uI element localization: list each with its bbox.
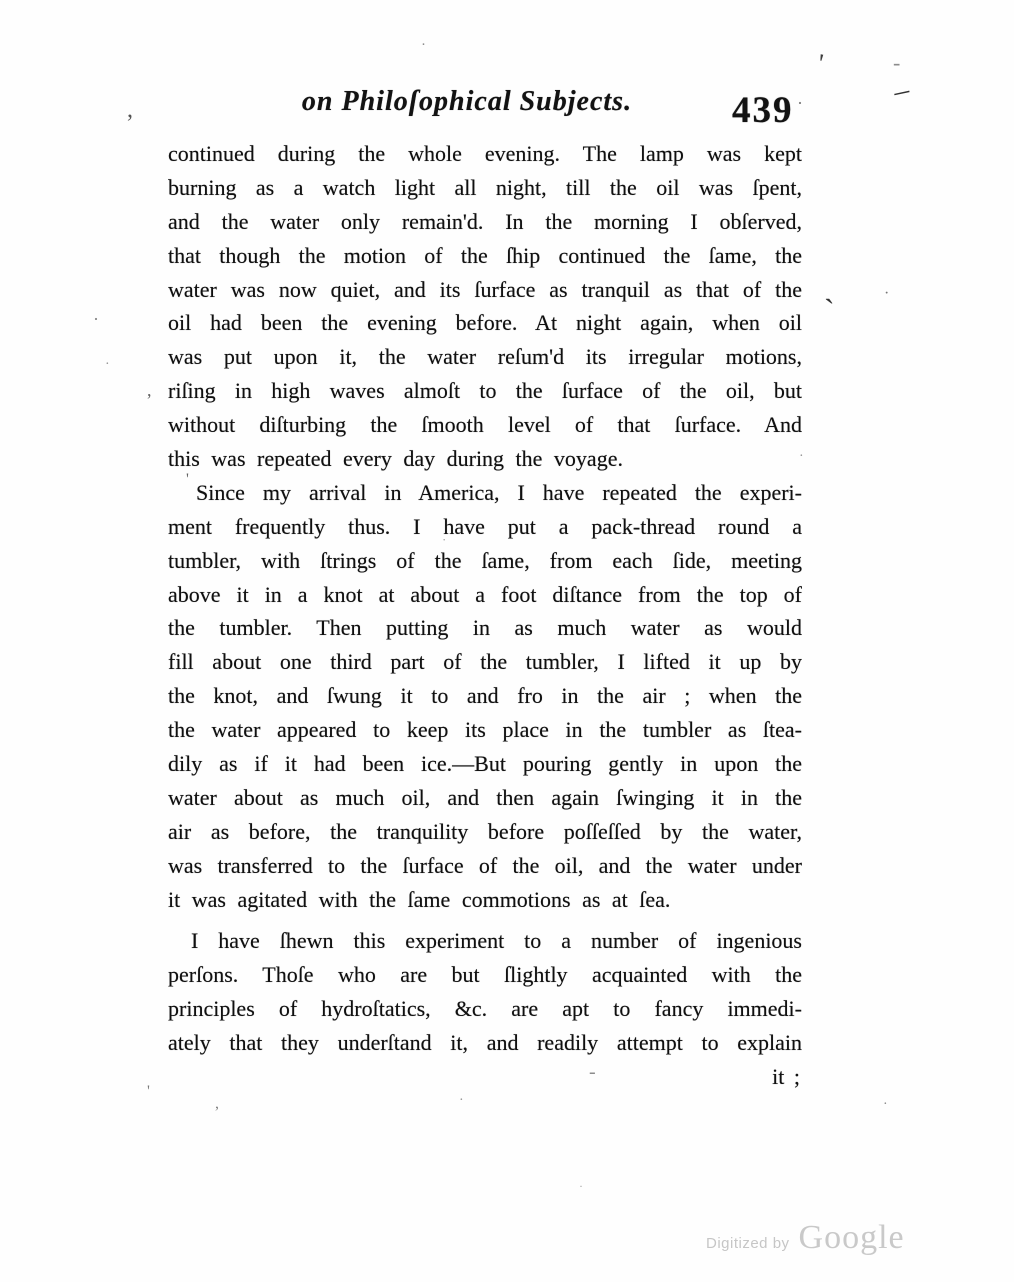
scan-artifact: ·	[884, 286, 889, 302]
text-line: this was repeated every day during the v…	[168, 442, 802, 476]
scan-artifact: '	[816, 50, 825, 77]
text-line: dily as if it had been ice.—But pouring …	[168, 747, 802, 781]
text-line: fill about one third part of the tumbler…	[168, 645, 802, 679]
text-line: oil had been the evening before. At nigh…	[168, 306, 802, 340]
page-title: on Philoſophical Subjects.	[150, 86, 784, 118]
google-logo: Google	[799, 1219, 905, 1257]
scan-artifact: ·	[421, 38, 426, 53]
scan-artifact: ,	[147, 381, 152, 399]
text-line: and the water only remain'd. In the morn…	[168, 205, 802, 239]
page-number: 439	[732, 92, 794, 129]
scan-artifact: -	[893, 52, 900, 74]
scan-artifact: ·	[579, 1180, 583, 1192]
text-line: without diſturbing the ſmooth level of t…	[168, 408, 802, 442]
text-line: was transferred to the ſurface of the oi…	[168, 849, 802, 883]
text-line: Since my arrival in America, I have repe…	[168, 476, 802, 510]
text-line: the tumbler. Then putting in as much wat…	[168, 611, 802, 645]
text-line: burning as a watch light all night, till…	[168, 171, 802, 205]
text-line: the knot, and ſwung it to and fro in the…	[168, 679, 802, 713]
text-line: it was agitated with the ſame commotions…	[168, 883, 802, 917]
catchword: it ;	[168, 1060, 802, 1094]
running-header: on Philoſophical Subjects. 439	[168, 86, 802, 126]
scan-artifact: ,	[215, 1096, 219, 1112]
google-watermark: Digitized by Google	[706, 1219, 905, 1257]
digitized-by-label: Digitized by	[706, 1235, 790, 1252]
scan-artifact: –	[891, 75, 912, 107]
text-line: tumbler, with ſtrings of the ſame, from …	[168, 544, 802, 578]
scan-artifact: ·	[105, 358, 110, 372]
scan-artifact: ·	[459, 1094, 464, 1108]
text-line: that though the motion of the ſhip conti…	[168, 239, 802, 273]
text-line: perſons. Thoſe who are but ſlightly acqu…	[168, 958, 802, 992]
scan-artifact: ·	[93, 310, 99, 328]
text-line: air as before, the tranquility before po…	[168, 815, 802, 849]
scan-artifact: `	[824, 294, 835, 326]
text-line: above it in a knot at about a foot diſta…	[168, 578, 802, 612]
scanned-book-page: on Philoſophical Subjects. 439 continued…	[0, 0, 1014, 1282]
text-line: principles of hydroſtatics, &c. are apt …	[168, 992, 802, 1026]
scan-artifact: ,	[127, 98, 133, 122]
text-line: water was now quiet, and its ſurface as …	[168, 273, 802, 307]
text-line: continued during the whole evening. The …	[168, 137, 802, 171]
body-text-block: continued during the whole evening. The …	[168, 137, 802, 1094]
text-line: ment frequently thus. I have put a pack-…	[168, 510, 802, 544]
text-line: was put upon it, the water reſum'd its i…	[168, 340, 802, 374]
text-line: the water appeared to keep its place in …	[168, 713, 802, 747]
text-line: water about as much oil, and then again …	[168, 781, 802, 815]
text-line: riſing in high waves almoſt to the ſurfa…	[168, 374, 802, 408]
scan-artifact: '	[147, 1084, 150, 1100]
text-line: ately that they underſtand it, and readi…	[168, 1026, 802, 1060]
text-line: I have ſhewn this experiment to a number…	[168, 924, 802, 958]
scan-artifact: ·	[883, 1098, 888, 1112]
